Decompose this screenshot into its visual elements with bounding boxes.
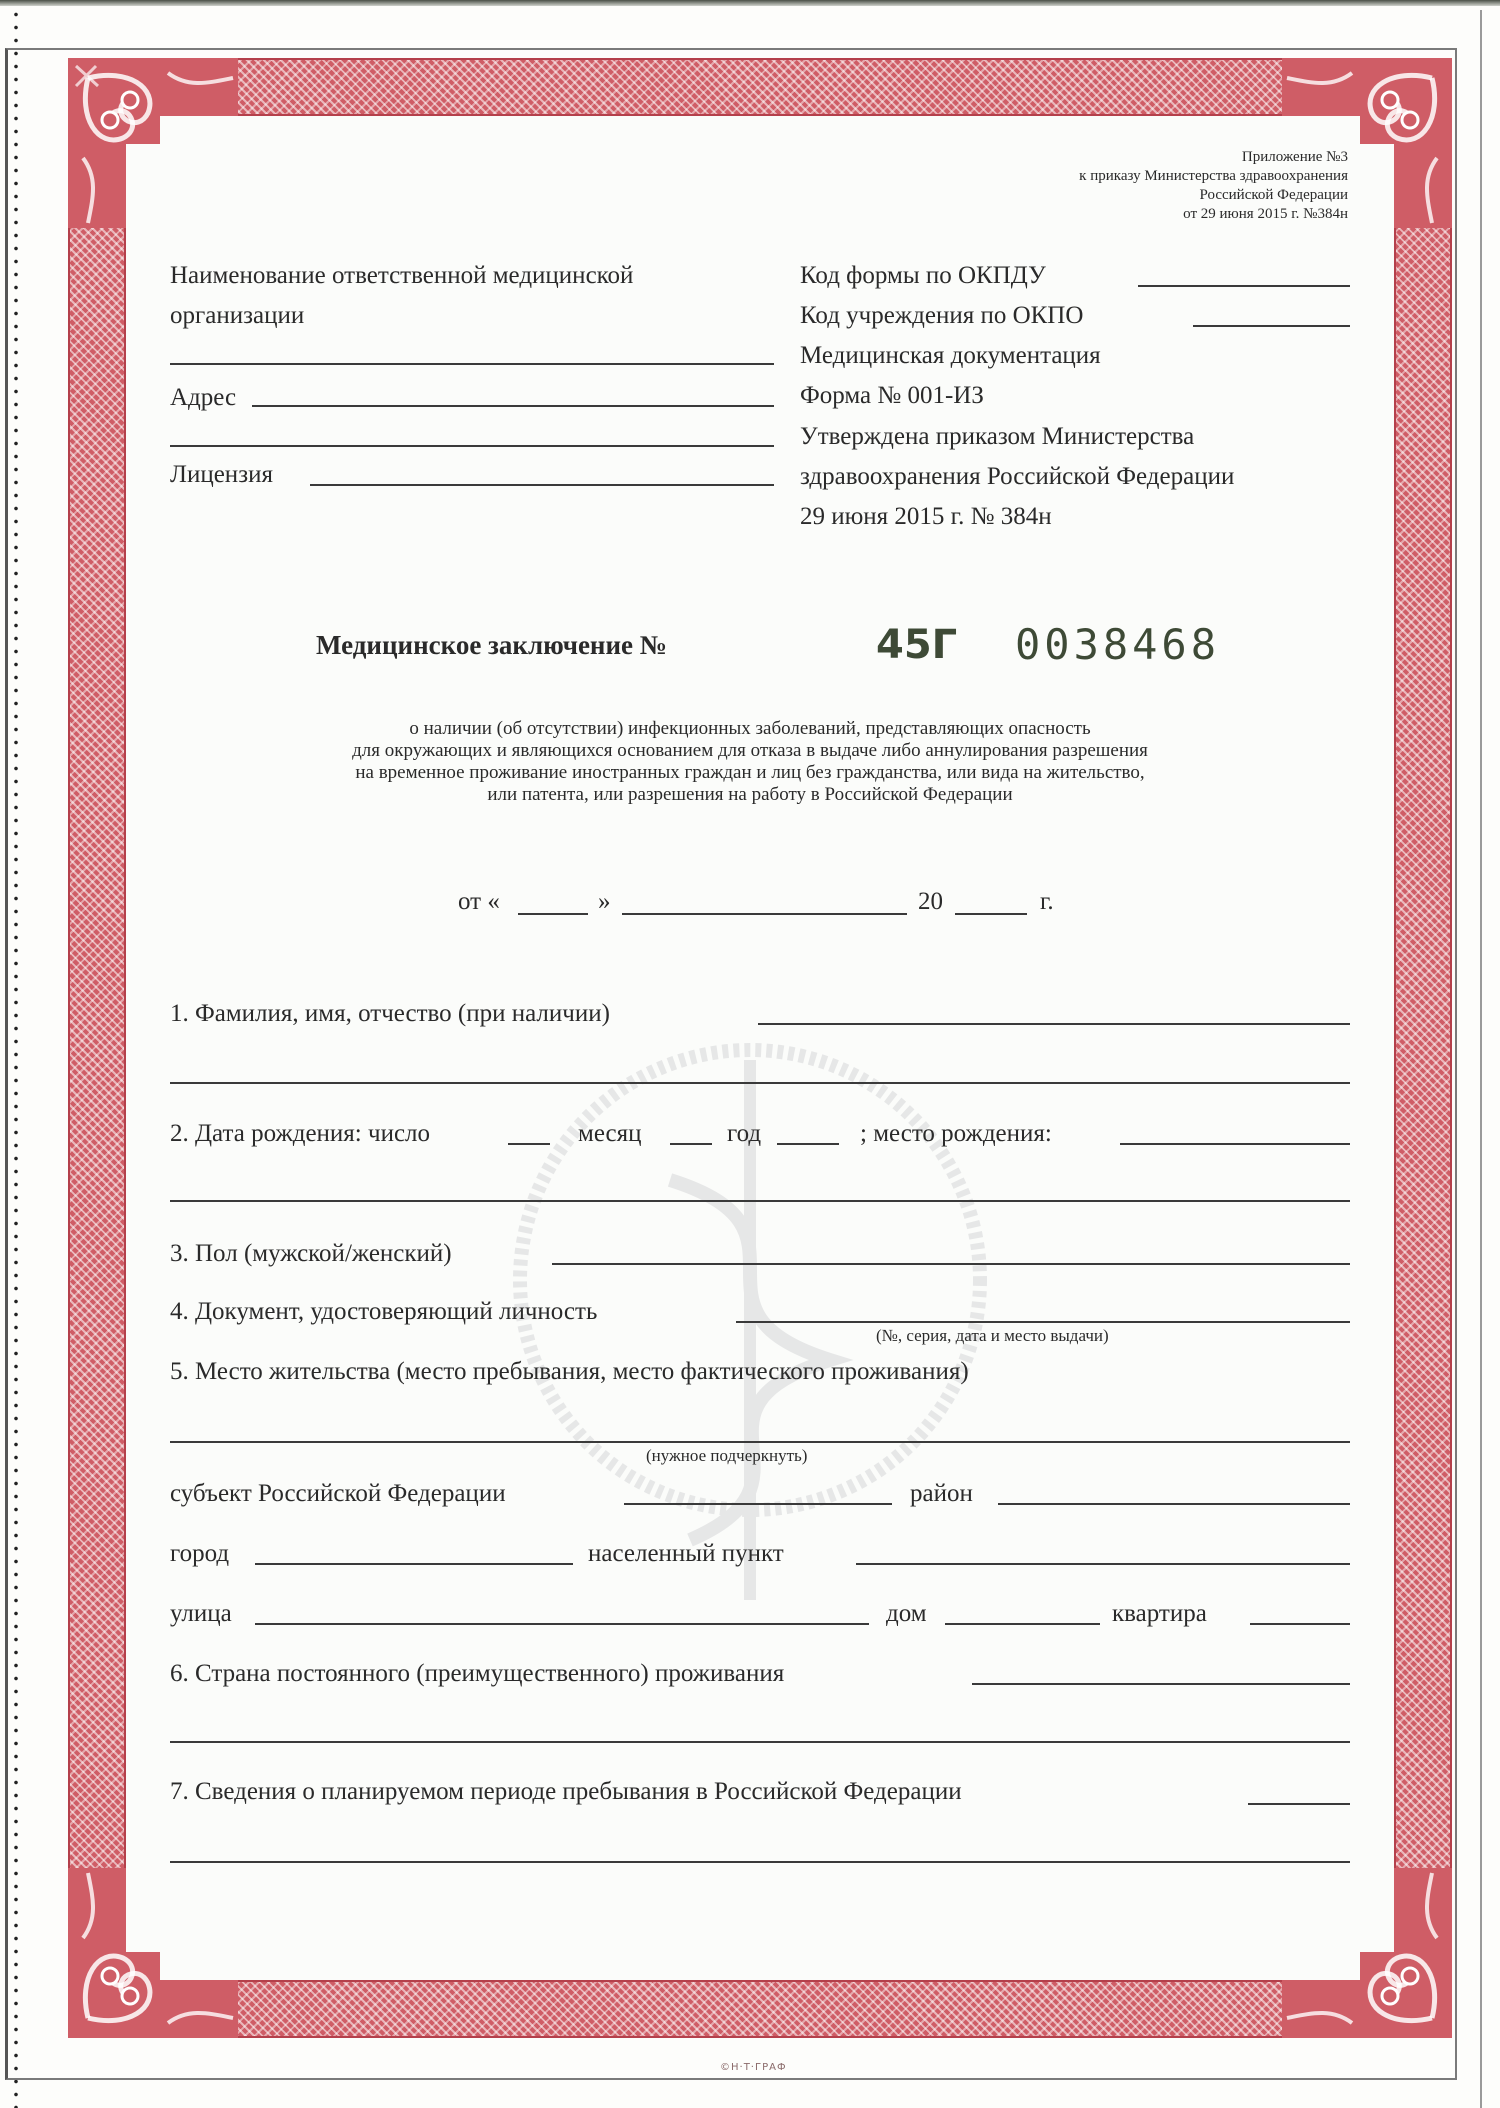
okpdu-label: Код формы по ОКПДУ	[800, 262, 1046, 290]
subject-field[interactable]	[624, 1503, 892, 1505]
district-label: район	[910, 1480, 973, 1508]
field-6-label: 6. Страна постоянного (преимущественного…	[170, 1660, 784, 1688]
date-month-field[interactable]	[622, 913, 907, 915]
street-label: улица	[170, 1600, 232, 1628]
corner-ornament-icon	[68, 58, 238, 228]
address-label: Адрес	[170, 384, 236, 412]
field-7-label: 7. Сведения о планируемом периоде пребыв…	[170, 1778, 962, 1806]
license-field[interactable]	[310, 484, 774, 486]
field-2-label: 2. Дата рождения: число	[170, 1120, 430, 1148]
sex-field[interactable]	[552, 1263, 1350, 1265]
country-field[interactable]	[972, 1683, 1350, 1685]
approved-line: 29 июня 2015 г. № 384н	[800, 503, 1052, 531]
form-number-label: Форма № 001-ИЗ	[800, 382, 984, 410]
stay-period-field-2[interactable]	[170, 1861, 1350, 1863]
settlement-label: населенный пункт	[588, 1540, 784, 1568]
subtitle-line: на временное проживание иностранных граж…	[0, 762, 1500, 784]
appendix-line: от 29 июня 2015 г. №384н	[1079, 205, 1348, 224]
address-field[interactable]	[252, 405, 774, 407]
date-year-prefix: 20	[918, 888, 943, 916]
residence-hint: (нужное подчеркнуть)	[646, 1446, 807, 1466]
full-name-field-2[interactable]	[170, 1082, 1350, 1084]
street-field[interactable]	[255, 1623, 869, 1625]
country-field-2[interactable]	[170, 1741, 1350, 1743]
residence-field[interactable]	[170, 1441, 1350, 1443]
settlement-field[interactable]	[856, 1563, 1350, 1565]
printer-copyright: ©Н·Т·ГРАФ	[720, 2062, 787, 2073]
birth-month-field[interactable]	[670, 1143, 712, 1145]
med-doc-label: Медицинская документация	[800, 342, 1101, 370]
city-label: город	[170, 1540, 229, 1568]
appendix-line: Российской Федерации	[1079, 186, 1348, 205]
apartment-label: квартира	[1112, 1600, 1207, 1628]
okpo-field[interactable]	[1193, 325, 1350, 327]
date-prefix: от «	[458, 888, 500, 916]
subject-label: субъект Российской Федерации	[170, 1480, 506, 1508]
scan-right-edge	[1480, 10, 1482, 2108]
field-4-label: 4. Документ, удостоверяющий личность	[170, 1298, 597, 1326]
org-name-label-2: организации	[170, 302, 304, 330]
subtitle-line: для окружающих и являющихся основанием д…	[0, 740, 1500, 762]
field-1-label: 1. Фамилия, имя, отчество (при наличии)	[170, 1000, 610, 1028]
birthplace-field-2[interactable]	[170, 1200, 1350, 1202]
okpdu-field[interactable]	[1138, 285, 1350, 287]
scan-top-edge	[0, 0, 1500, 6]
id-document-field[interactable]	[736, 1321, 1350, 1323]
document-series: 45Г	[876, 622, 957, 668]
id-document-hint: (№, серия, дата и место выдачи)	[876, 1326, 1109, 1346]
birth-month-label: месяц	[578, 1120, 642, 1148]
district-field[interactable]	[998, 1503, 1350, 1505]
stay-period-field[interactable]	[1248, 1803, 1350, 1805]
subtitle-line: или патента, или разрешения на работу в …	[0, 784, 1500, 806]
approved-line: здравоохранения Российской Федерации	[800, 463, 1234, 491]
birth-year-field[interactable]	[777, 1143, 839, 1145]
field-3-label: 3. Пол (мужской/женский)	[170, 1240, 452, 1268]
org-name-field[interactable]	[170, 363, 774, 365]
address-field-2[interactable]	[170, 445, 774, 447]
birth-day-field[interactable]	[508, 1143, 550, 1145]
appendix-note: Приложение №3 к приказу Министерства здр…	[1079, 148, 1348, 224]
document-number: 0038468	[1015, 620, 1220, 669]
birth-year-label: год	[727, 1120, 761, 1148]
approved-line: Утверждена приказом Министерства	[800, 423, 1194, 451]
appendix-line: к приказу Министерства здравоохранения	[1079, 167, 1348, 186]
city-field[interactable]	[255, 1563, 573, 1565]
org-name-label: Наименование ответственной медицинской	[170, 262, 633, 290]
license-label: Лицензия	[170, 461, 273, 489]
date-quote-close: »	[598, 888, 611, 916]
corner-ornament-icon	[1282, 1868, 1452, 2038]
field-5-label: 5. Место жительства (место пребывания, м…	[170, 1358, 969, 1386]
house-label: дом	[886, 1600, 927, 1628]
document-title: Медицинское заключение №	[316, 630, 667, 661]
document-subtitle: о наличии (об отсутствии) инфекционных з…	[0, 718, 1500, 806]
date-day-field[interactable]	[518, 913, 588, 915]
full-name-field[interactable]	[758, 1023, 1350, 1025]
date-year-suffix: г.	[1040, 888, 1054, 916]
house-field[interactable]	[945, 1623, 1100, 1625]
birthplace-label: ; место рождения:	[860, 1120, 1052, 1148]
appendix-line: Приложение №3	[1079, 148, 1348, 167]
subtitle-line: о наличии (об отсутствии) инфекционных з…	[0, 718, 1500, 740]
date-year-field[interactable]	[955, 913, 1027, 915]
okpo-label: Код учреждения по ОКПО	[800, 302, 1083, 330]
birthplace-field[interactable]	[1120, 1143, 1350, 1145]
corner-ornament-icon	[68, 1868, 238, 2038]
apartment-field[interactable]	[1250, 1623, 1350, 1625]
